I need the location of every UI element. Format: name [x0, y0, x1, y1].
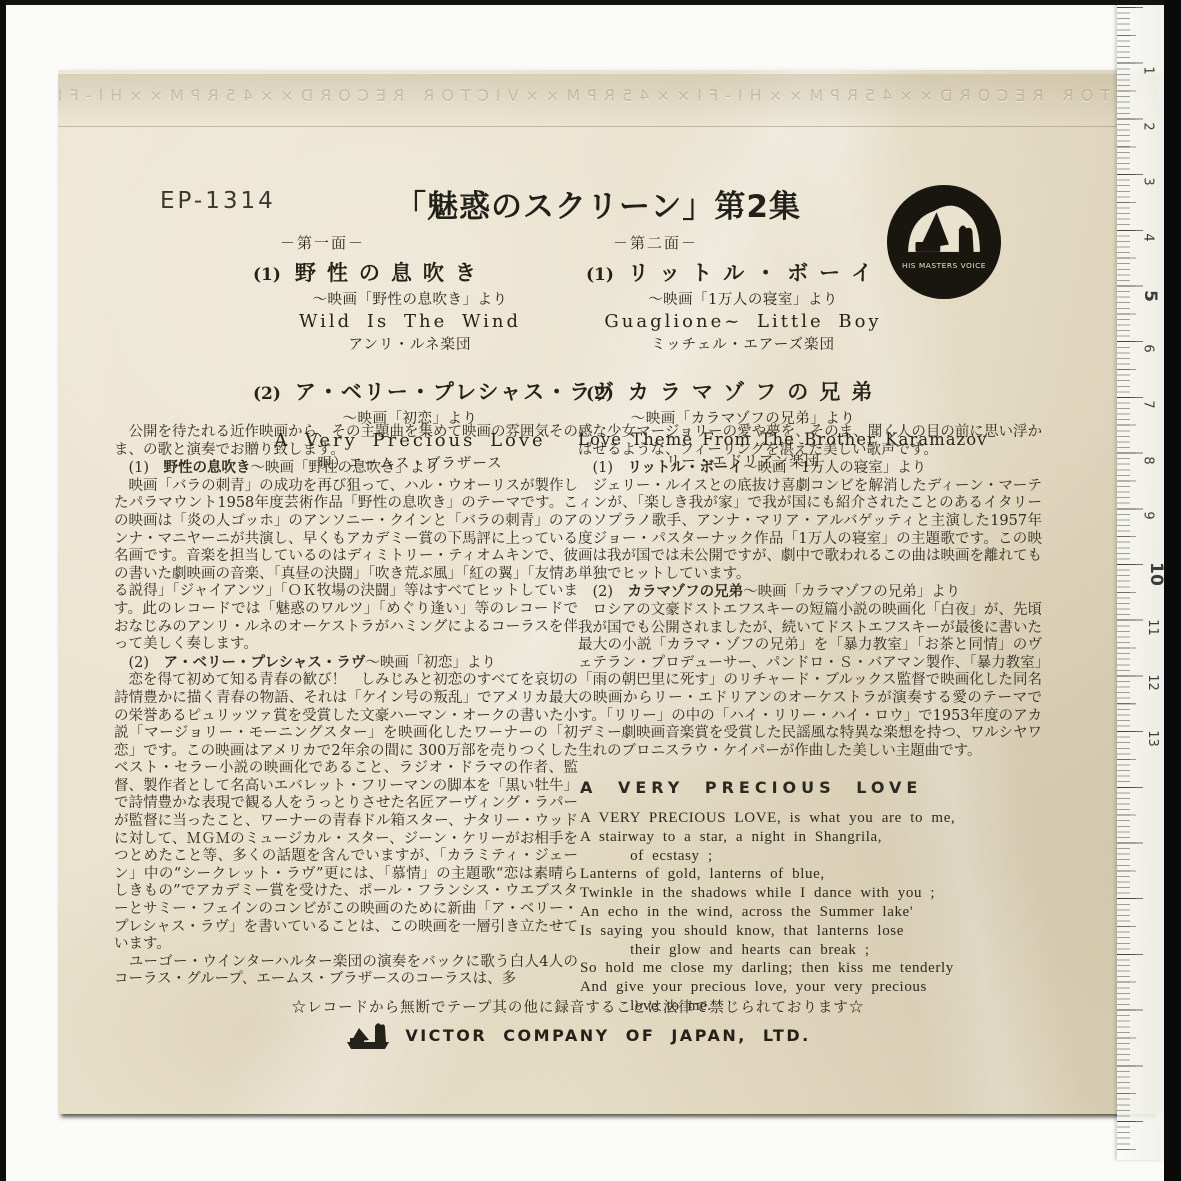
ruler-number: 5: [1140, 290, 1160, 302]
hmv-floor: [904, 252, 983, 256]
side2-header: －第二面－: [613, 232, 908, 253]
victor-nipper-logo-icon: [345, 1018, 397, 1052]
nipper-dog-icon: [959, 226, 974, 255]
track2-note-body: ロシアの文豪ドストエフスキーの短篇小説の映画化「白夜」が、先頃我が国でも公開され…: [578, 602, 1042, 760]
ruler-number: 1: [1141, 66, 1156, 74]
track-title-jp: カラマゾフの兄弟: [628, 376, 883, 406]
ruler-number: 9: [1141, 511, 1156, 519]
lyrics-line: Twinkle in the shadows while I dance wit…: [580, 884, 955, 903]
track-source: ～映画「野性の息吹き」より: [245, 288, 575, 309]
note-number: (1): [578, 460, 628, 476]
track-number: (1): [253, 265, 281, 285]
track1-note-heading: (1) リットル・ボーイ～映画「1万人の寝室」より: [578, 459, 1042, 478]
ruler-number: 11: [1145, 619, 1160, 636]
note-source: ～映画「1万人の寝室」より: [743, 460, 926, 476]
lyrics-heading: A VERY PRECIOUS LOVE: [580, 778, 955, 797]
victor-company-line: VICTOR COMPANY OF JAPAN, LTD.: [58, 1018, 1098, 1052]
liner-notes-left-column: 公開を待たれる近作映画から、その主題曲を集めて映画の雰囲気そのま、の歌と演奏でお…: [114, 424, 578, 989]
track-title-jp: ア・ベリー・プレシャス・ラヴ: [295, 376, 615, 406]
note-source: ～映画「初恋」より: [365, 655, 496, 671]
catalog-number: EP-1314: [160, 188, 276, 214]
track-number: (2): [586, 384, 614, 404]
note-number: (2): [114, 655, 164, 671]
ruler-number: 7: [1141, 400, 1156, 408]
note-title: 野性の息吹き: [164, 459, 251, 476]
scan-edge-right: [1164, 0, 1181, 1181]
scan-edge-left: [0, 0, 6, 1181]
ruler-number: 4: [1141, 233, 1156, 241]
note-source: ～映画「野性の息吹き」より: [251, 460, 440, 476]
lyrics-line: Lanterns of gold, lanterns of blue,: [580, 865, 955, 884]
gramophone-box-icon: [915, 242, 940, 252]
note-number: (1): [114, 460, 164, 476]
plastic-emboss-band: VICTOR RECORD××45RPM××HI-FI××45RPM××VICT…: [58, 74, 1158, 127]
note-title: リットル・ボーイ: [628, 459, 743, 476]
album-title: 「魅惑のスクリーン」第2集: [395, 181, 801, 226]
lyrics-line: A VERY PRECIOUS LOVE, is what you are to…: [580, 809, 955, 828]
lyrics-line: An echo in the wind, across the Summer l…: [580, 903, 955, 922]
lyrics-line: of ecstasy ;: [580, 847, 955, 866]
ruler-number: 13: [1145, 730, 1160, 747]
lyrics-section: A VERY PRECIOUS LOVE A VERY PRECIOUS LOV…: [580, 778, 955, 1016]
track-artist: ミッチェル・エアーズ楽団: [578, 333, 908, 354]
track-number: (2): [253, 384, 281, 404]
side1-header: －第一面－: [280, 232, 575, 253]
lyrics-line: A stairway to a star, a night in Shangri…: [580, 828, 955, 847]
track1-note-body: 映画「バラの刺青」の成功を再び狙って、ハル・ウオーリスが製作したパラマウント19…: [114, 478, 578, 654]
track1-note-heading: (1) 野性の息吹き～映画「野性の息吹き」より: [114, 459, 578, 478]
side2-track1: (1) リットル・ボーイ ～映画「1万人の寝室」より Guaglione~ Li…: [578, 257, 908, 354]
lyrics-line: Is saying you should know, that lanterns…: [580, 922, 955, 941]
ruler-cm-ticks: [1117, 7, 1143, 1152]
note-title: カラマゾフの兄弟: [628, 583, 744, 600]
ruler-number: 6: [1141, 344, 1156, 352]
ruler-number: 12: [1145, 674, 1160, 691]
track2-note-body-cont: ユーゴー・ウインターハルター楽団の演奏をバックに歌う白人4人のコーラス・グループ…: [114, 954, 578, 989]
track-artist: アンリ・ルネ楽団: [245, 333, 575, 354]
intro-paragraph: 公開を待たれる近作映画から、その主題曲を集めて映画の雰囲気そのま、の歌と演奏でお…: [114, 424, 578, 459]
lyrics-line: So hold me close my darling; then kiss m…: [580, 959, 955, 978]
scan-edge-top: [0, 0, 1181, 5]
side1-track1: (1) 野性の息吹き ～映画「野性の息吹き」より Wild Is The Win…: [245, 257, 575, 354]
track-source: ～映画「1万人の寝室」より: [578, 288, 908, 309]
track-title-jp: 野性の息吹き: [295, 257, 487, 287]
lyrics-line: their glow and hearts can break ;: [580, 941, 955, 960]
note-title: ア・ベリー・プレシャス・ラヴ: [164, 654, 366, 671]
track2-note-heading: (2) ア・ベリー・プレシャス・ラヴ～映画「初恋」より: [114, 654, 578, 673]
track-title-en: Guaglione~ Little Boy: [578, 311, 908, 332]
ruler-number: 3: [1141, 177, 1156, 185]
note-source: ～映画「カラマゾフの兄弟」より: [743, 584, 960, 600]
lyrics-line: And give your precious love, your very p…: [580, 978, 955, 997]
track1-note-body: ジェリー・ルイスとの底抜け喜劇コンビを解消したディーン・マーティンが、「楽しき我…: [578, 478, 1042, 584]
scanned-record-sleeve: VICTOR RECORD××45RPM××HI-FI××45RPM××VICT…: [0, 0, 1181, 1181]
ruler-number: 8: [1141, 456, 1156, 464]
note-number: (2): [578, 584, 628, 600]
ruler: 1 2 3 4 5 6 7 8 9 10 11 12 13: [1117, 0, 1164, 1160]
ruler-number: 2: [1141, 122, 1156, 130]
track2-note-heading: (2) カラマゾフの兄弟～映画「カラマゾフの兄弟」より: [578, 583, 1042, 602]
track-title-jp: リットル・ボーイ: [628, 257, 883, 287]
continued-paragraph: 感な少女マージョリーの愛や夢を、そのま、聞く人の目の前に思い浮かばせるような、フ…: [578, 424, 1042, 459]
track-title-en: Wild Is The Wind: [245, 311, 575, 332]
victor-company-text: VICTOR COMPANY OF JAPAN, LTD.: [405, 1026, 810, 1045]
track2-note-body: 恋を得て初めて知る青春の歓び！ しみじみと初恋のすべてを哀切の詩情豊かに描く青春…: [114, 672, 578, 954]
embossed-text: VICTOR RECORD××45RPM××HI-FI××45RPM××VICT…: [58, 86, 1158, 105]
ruler-number: 10: [1146, 562, 1166, 586]
track-number: (1): [586, 265, 614, 285]
hmv-label-text: HIS MASTERS VOICE: [902, 261, 986, 270]
liner-notes-right-column: 感な少女マージョリーの愛や夢を、そのま、聞く人の目の前に思い浮かばせるような、フ…: [578, 424, 1042, 760]
copy-warning: ☆レコードから無断でテープ其の他に録音することは法律で禁じられております☆: [58, 996, 1098, 1017]
